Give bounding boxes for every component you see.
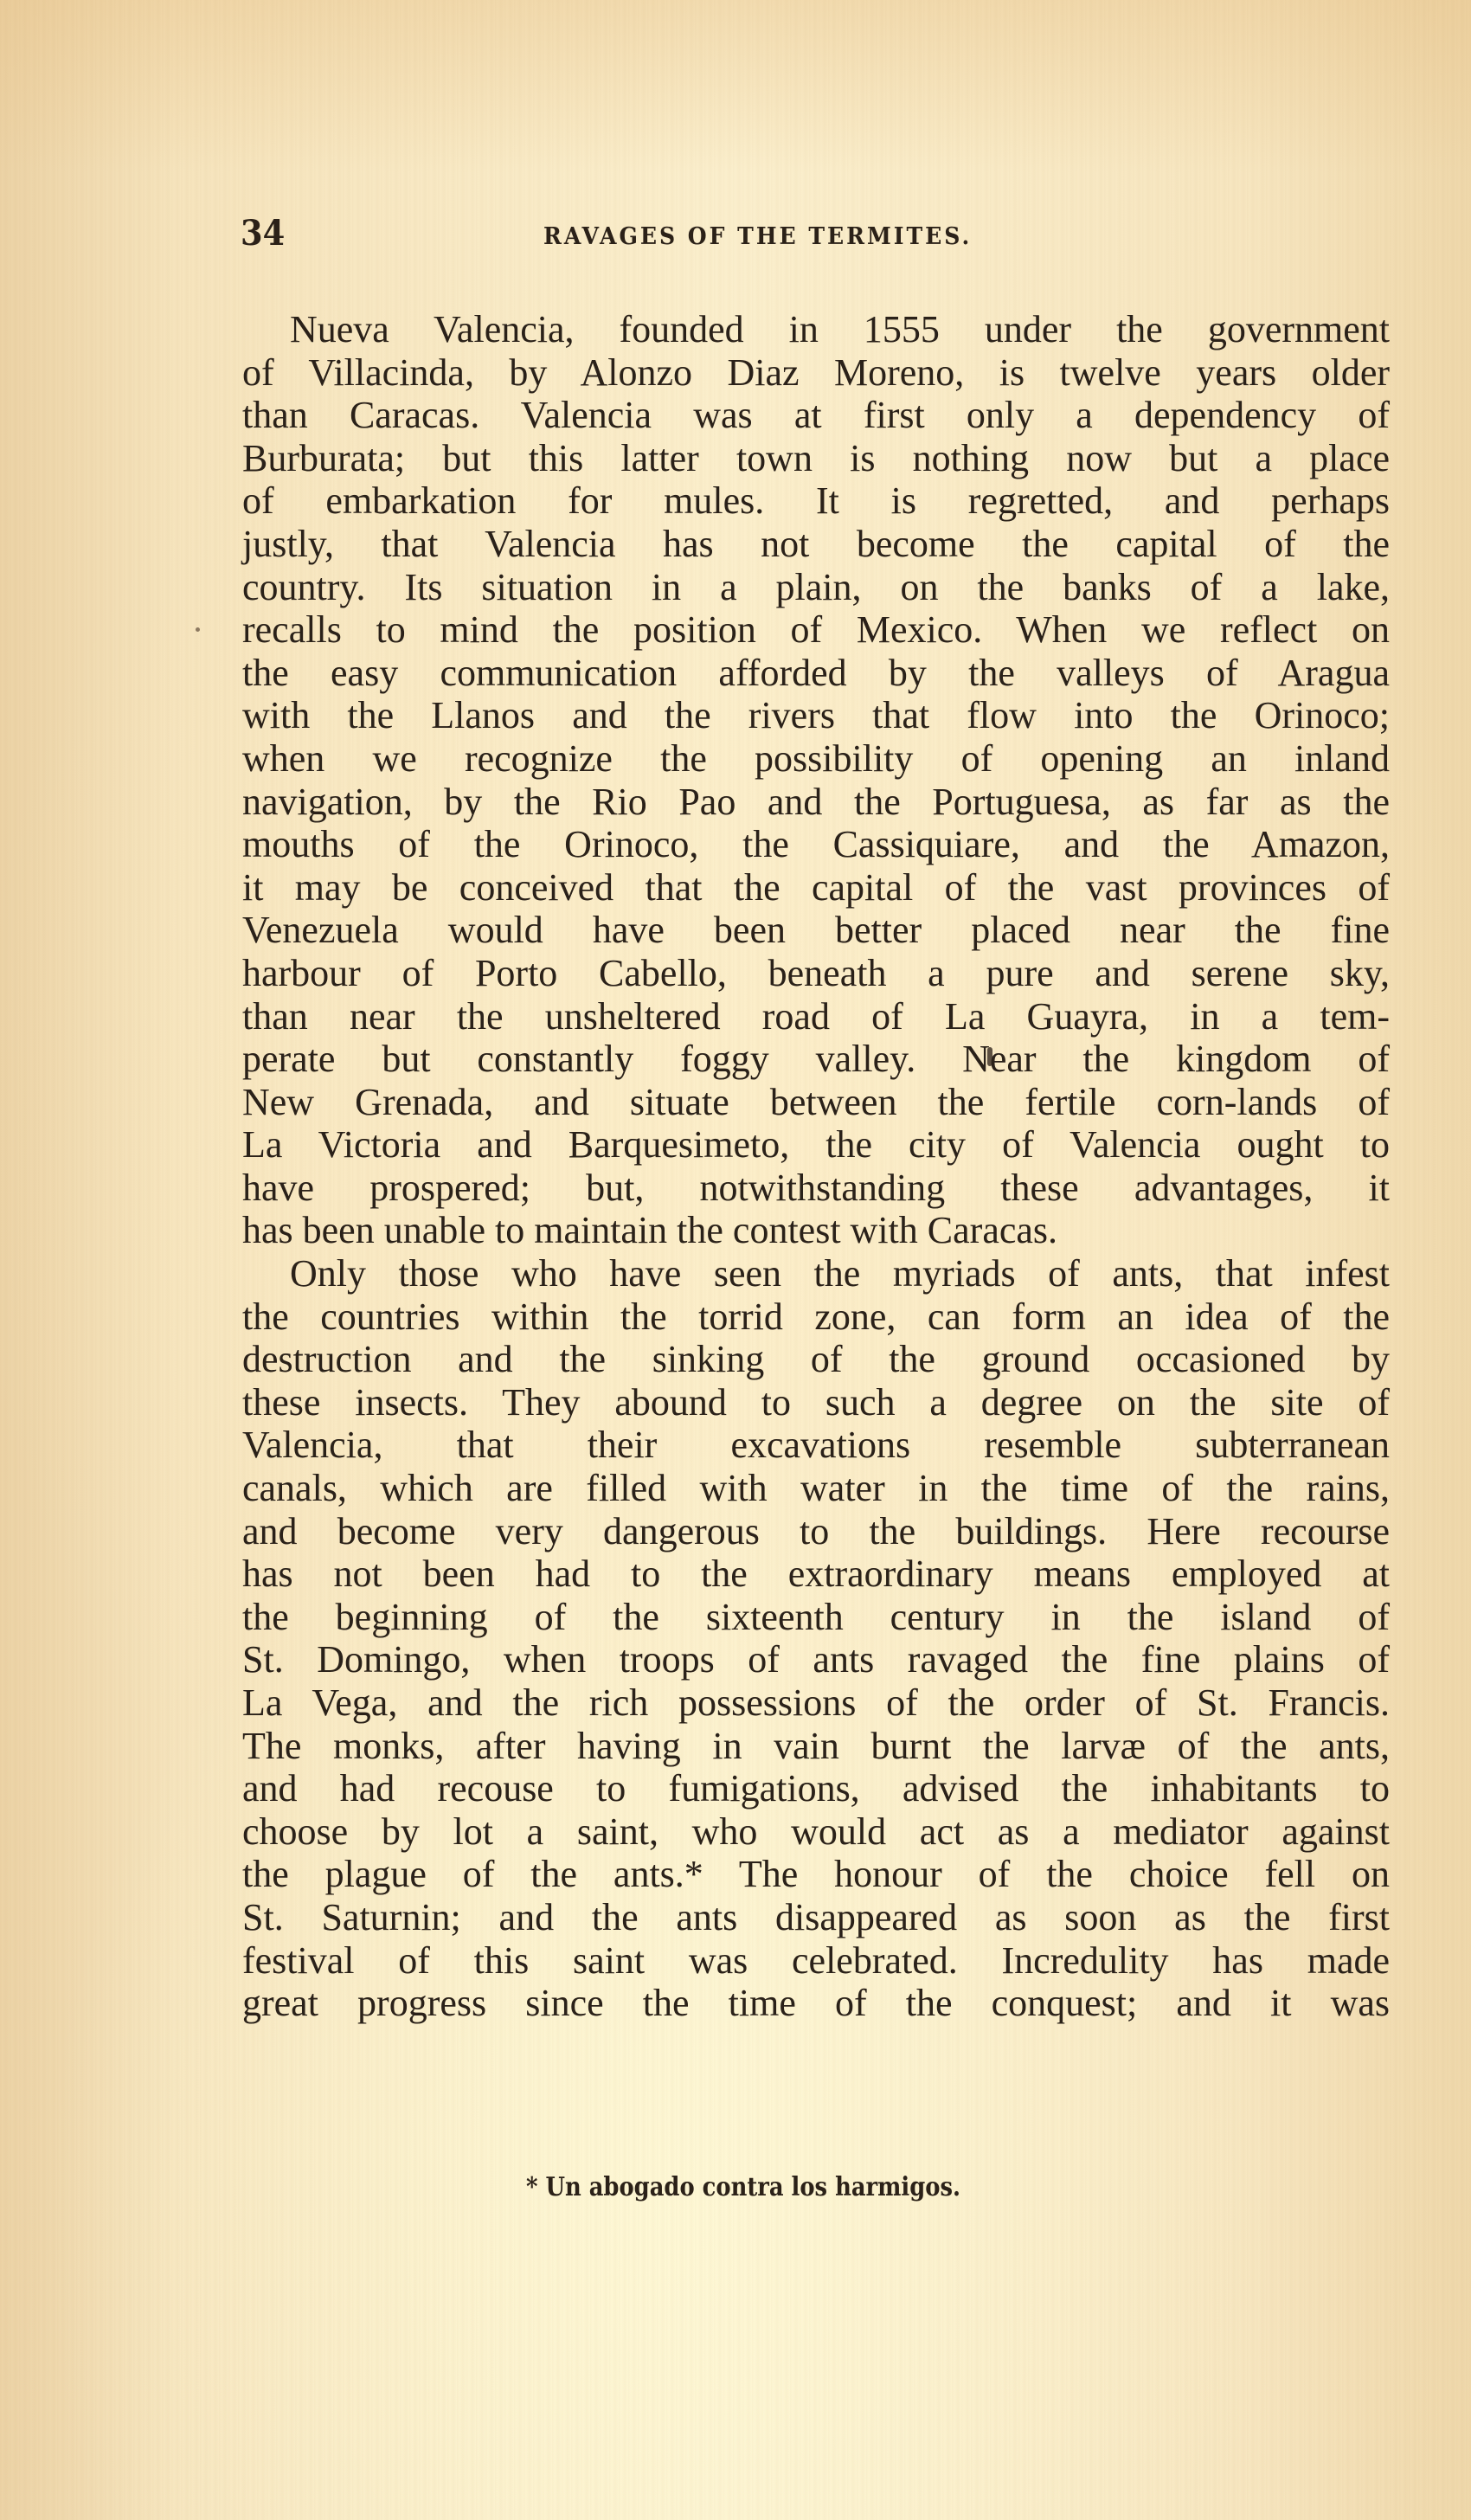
text-line: The monks, after having in vain burnt th…: [242, 1725, 1390, 1768]
text-line: have prospered; but, notwithstanding the…: [242, 1167, 1390, 1210]
text-line: than near the unsheltered road of La Gua…: [242, 995, 1390, 1038]
page-number: 34: [241, 213, 285, 254]
text-line: the easy communication afforded by the v…: [242, 652, 1390, 695]
text-line: and had recouse to fumigations, advised …: [242, 1767, 1390, 1810]
text-line: navigation, by the Rio Pao and the Portu…: [242, 781, 1390, 824]
text-line: New Grenada, and situate between the fer…: [242, 1081, 1390, 1124]
text-line: has not been had to the extraordinary me…: [242, 1552, 1390, 1596]
text-line: La Vega, and the rich possessions of the…: [242, 1681, 1390, 1725]
text-line: Venezuela would have been better placed …: [242, 909, 1390, 952]
text-line: Burburata; but this latter town is nothi…: [242, 437, 1390, 480]
text-line: La Victoria and Barquesimeto, the city o…: [242, 1123, 1390, 1167]
text-line: St. Domingo, when troops of ants ravaged…: [242, 1638, 1390, 1681]
text-line: than Caracas. Valencia was at first only…: [242, 394, 1390, 437]
footnote: * Un abogado contra los harmigos.: [526, 2169, 960, 2207]
text-line: canals, which are filled with water in t…: [242, 1467, 1390, 1510]
text-line: country. Its situation in a plain, on th…: [242, 566, 1390, 609]
text-line: festival of this saint was celebrated. I…: [242, 1939, 1390, 1983]
text-line: choose by lot a saint, who would act as …: [242, 1810, 1390, 1854]
text-line: with the Llanos and the rivers that flow…: [242, 694, 1390, 737]
text-line: harbour of Porto Cabello, beneath a pure…: [242, 952, 1390, 995]
page-edge-shading: [0, 0, 1471, 173]
text-line: St. Saturnin; and the ants disappeared a…: [242, 1896, 1390, 1939]
text-line: of Villacinda, by Alonzo Diaz Moreno, is…: [242, 351, 1390, 395]
text-line: the plague of the ants.* The honour of t…: [242, 1853, 1390, 1896]
text-line: and become very dangerous to the buildin…: [242, 1510, 1390, 1553]
text-line: Valencia, that their excavations resembl…: [242, 1424, 1390, 1467]
text-line: the countries within the torrid zone, ca…: [242, 1295, 1390, 1339]
text-line: these insects. They abound to such a deg…: [242, 1381, 1390, 1424]
text-line: perate but constantly foggy valley. Near…: [242, 1038, 1390, 1081]
text-line: mouths of the Orinoco, the Cassiquiare, …: [242, 823, 1390, 866]
text-line: destruction and the sinking of the groun…: [242, 1338, 1390, 1381]
body-text: Nueva Valencia, founded in 1555 under th…: [242, 308, 1390, 2025]
text-line: when we recognize the possibility of ope…: [242, 737, 1390, 781]
text-line: of embarkation for mules. It is regrette…: [242, 479, 1390, 523]
text-line: the beginning of the sixteenth century i…: [242, 1596, 1390, 1639]
text-line: recalls to mind the position of Mexico. …: [242, 608, 1390, 652]
paper-speck: [196, 627, 200, 632]
text-line: has been unable to maintain the contest …: [242, 1209, 1390, 1252]
text-line: it may be conceived that the capital of …: [242, 866, 1390, 910]
text-line: Only those who have seen the myriads of …: [242, 1252, 1390, 1295]
text-line: justly, that Valencia has not become the…: [242, 523, 1390, 566]
running-head: RAVAGES OF THE TERMITES.: [543, 222, 1058, 253]
text-line: great progress since the time of the con…: [242, 1982, 1390, 2025]
text-line: Nueva Valencia, founded in 1555 under th…: [242, 308, 1390, 351]
